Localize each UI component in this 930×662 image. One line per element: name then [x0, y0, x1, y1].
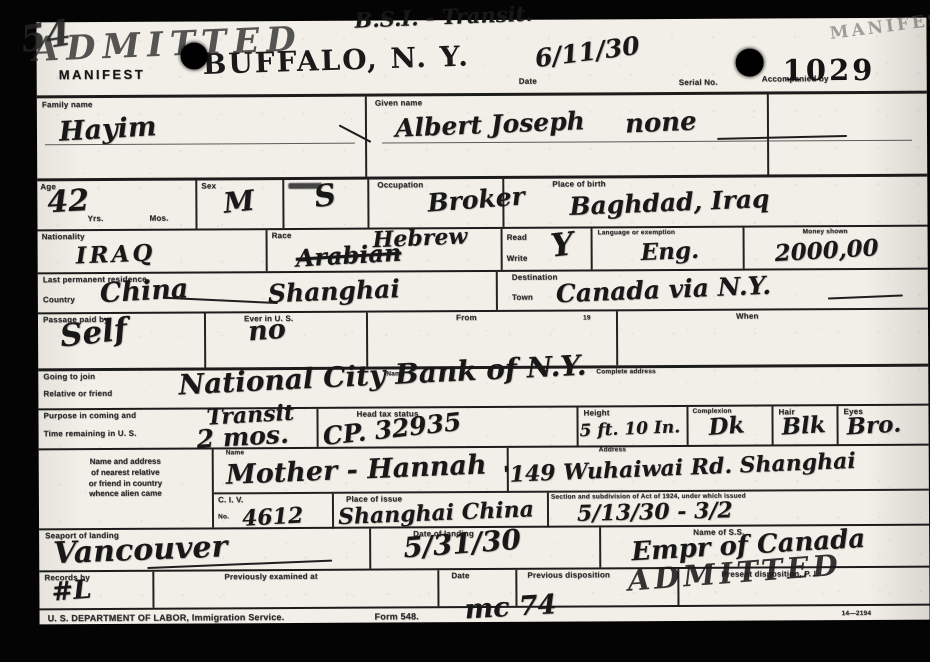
purpose-field: Purpose in coming and Time remaining in …	[38, 409, 318, 448]
punch-hole-left	[181, 42, 208, 69]
relative-label-line1: Name and address	[90, 458, 161, 467]
ink-flourish	[828, 294, 903, 299]
records-by-field: Records by #L	[39, 572, 154, 609]
complexion-field: Complexion Dk	[688, 406, 773, 444]
records-date-label: Date	[451, 572, 469, 580]
time-remaining-value: 2 mos.	[196, 422, 289, 452]
birth-label: Place of birth	[552, 180, 606, 188]
money-label: Money shown	[803, 229, 848, 236]
relative-name-value: Mother - Hannah	[225, 451, 487, 488]
row-purpose: Purpose in coming and Time remaining in …	[38, 404, 928, 449]
scanned-manifest-screenshot: { "stamps": { "admitted_top": "ADMITTED"…	[0, 0, 930, 662]
row-personal: Age Yrs. Mos. 42 Sex M S Occupation Brok…	[37, 174, 927, 230]
pencil-scribble: 54	[18, 14, 73, 58]
when-label: When	[736, 313, 759, 321]
hair-value: Blk	[781, 413, 826, 439]
seaport-value: Vancouver	[53, 532, 228, 569]
seaport-field: Seaport of landing Vancouver	[39, 529, 371, 571]
relative-address-value: '149 Wuhaiwai Rd. Shanghai	[502, 450, 856, 486]
money-value: 2000,00	[774, 236, 879, 265]
civ-no-label: No.	[218, 514, 229, 521]
relative-name-field: Name Mother - Hannah	[214, 448, 509, 495]
age-value: 42	[47, 186, 90, 218]
relative-label-line2: of nearest relative	[91, 468, 160, 477]
age-field: Age Yrs. Mos. 42	[37, 180, 197, 229]
family-name-value: Hayim	[58, 113, 157, 146]
section-of-act-value: 5/13/30 - 3/2	[577, 499, 733, 525]
mos-label: Mos.	[149, 215, 168, 223]
read-write-value: Y	[549, 227, 575, 261]
manifest-card: ADMITTED 54 MANIFEST BUFFALO, N. Y. B.S.…	[36, 18, 929, 625]
occupation-label: Occupation	[377, 181, 423, 189]
passage-paid-field: Passage paid by Self	[38, 313, 206, 368]
purpose-label: Purpose in coming and	[43, 412, 136, 420]
records-by-value: #L	[50, 577, 92, 606]
relative-label-block: Name and address of nearest relative or …	[39, 449, 214, 528]
complexion-value: Dk	[708, 413, 746, 439]
race-label: Race	[272, 232, 292, 240]
language-value: Eng.	[640, 239, 699, 264]
country-value: China	[99, 275, 189, 307]
destination-value: Canada via N.Y.	[555, 273, 771, 307]
row-residence: Last permanent residence Country China S…	[38, 268, 928, 313]
row-relative: Name and address of nearest relative or …	[39, 444, 929, 529]
punch-hole-right	[736, 49, 764, 77]
birth-value: Baghdad, Iraq	[569, 186, 770, 219]
accompanied-field	[769, 94, 927, 175]
previously-examined-label: Previously examined at	[224, 573, 317, 581]
birth-field: Place of birth Baghdad, Iraq	[504, 177, 927, 227]
relative-label-line4: whence alien came	[89, 490, 162, 499]
row-names: Family name Hayim Given name Albert Jose…	[37, 91, 927, 179]
nationality-label: Nationality	[42, 233, 85, 241]
manifest-title: MANIFEST	[59, 68, 146, 81]
relative-address-label: Address	[599, 447, 626, 454]
section-of-act-field: Section and subdivision of Act of 1924, …	[549, 491, 929, 528]
sex-field: Sex M	[197, 180, 284, 228]
language-field: Language or exemption Eng.	[593, 228, 745, 270]
join-address-label: Complete address	[596, 369, 656, 376]
destination-label: Destination	[512, 274, 558, 282]
ever-in-us-field: Ever in U. S. no	[206, 313, 368, 368]
accompanied-value: none	[624, 109, 697, 138]
from-label: From	[456, 314, 477, 322]
relative-label-lines: Name and address of nearest relative or …	[39, 449, 212, 499]
date-label: Date	[519, 78, 537, 86]
family-name-label: Family name	[42, 101, 93, 109]
relative-label-line3: or friend in country	[89, 479, 162, 488]
department-line: U. S. DEPARTMENT OF LABOR, Immigration S…	[48, 613, 285, 623]
country-label: Country	[43, 296, 75, 304]
going-to-join-label: Going to join	[43, 373, 95, 381]
head-tax-value: CP. 32935	[322, 409, 463, 449]
given-name-value: Albert Joseph	[395, 108, 586, 141]
passage-paid-value: Self	[59, 314, 129, 352]
time-remaining-label: Time remaining in U. S.	[44, 430, 137, 438]
race-value: Hebrew	[372, 225, 468, 251]
date-of-landing-value: 5/31/30	[402, 526, 522, 563]
language-label: Language or exemption	[598, 230, 676, 237]
write-label: Write	[507, 255, 528, 263]
height-label: Height	[583, 409, 609, 417]
serial-no-label: Serial No.	[679, 79, 718, 87]
eyes-field: Eyes Bro.	[838, 406, 928, 444]
row-nationality: Nationality IRAQ Race Arabian Hebrew Rea…	[38, 225, 928, 273]
admitted-stamp-top: ADMITTED	[32, 22, 303, 67]
residence-town-value: Shanghai	[267, 276, 400, 306]
bsi-transit-note: B.S.I. - Transit.	[354, 3, 533, 31]
year-19-label: 19	[583, 315, 591, 322]
when-field: When	[618, 310, 928, 366]
given-name-label: Given name	[375, 99, 422, 107]
last-residence-field: Last permanent residence Country China S…	[38, 272, 498, 312]
manifest-faint-stamp: MANIFEST	[829, 10, 930, 43]
money-field: Money shown 2000,00	[745, 227, 928, 269]
eyes-value: Bro.	[846, 412, 902, 438]
date-of-landing-field: Date of landing 5/31/30	[371, 527, 601, 568]
destination-field: Destination Town Canada via N.Y.	[498, 270, 928, 310]
ever-in-us-value: no	[247, 316, 287, 346]
sex-value: M	[222, 187, 256, 218]
occupation-field: Occupation Broker	[369, 179, 504, 228]
read-label: Read	[507, 234, 527, 242]
destination-town-label: Town	[512, 294, 533, 302]
civ-field: C. I. V. No. 4612	[214, 494, 334, 530]
occupation-value: Broker	[427, 183, 526, 215]
date-value: 6/11/30	[533, 33, 641, 71]
serial-number-stamp: 1029	[783, 56, 876, 85]
nationality-field: Nationality IRAQ	[38, 230, 268, 272]
row-joining: Going to join Relative or friend Name Co…	[38, 364, 928, 409]
marital-field: S	[284, 180, 369, 228]
previous-disposition-label: Previous disposition	[527, 571, 610, 579]
print-code: 14—2194	[842, 611, 872, 618]
previously-examined-field: Previously examined at	[154, 570, 439, 607]
civ-label: C. I. V.	[218, 496, 243, 504]
sex-label: Sex	[201, 182, 216, 190]
head-tax-field: Head tax status CP. 32935	[318, 408, 578, 447]
family-name-field: Family name Hayim	[37, 97, 367, 179]
race-field: Race Arabian Hebrew	[268, 229, 503, 271]
hair-field: Hair Blk	[773, 406, 838, 444]
relative-or-friend-label: Relative or friend	[43, 390, 112, 398]
given-name-field: Given name Albert Joseph	[367, 95, 769, 177]
relative-address-field: Address '149 Wuhaiwai Rd. Shanghai	[509, 446, 929, 493]
height-value: 5 ft. 10 In.	[579, 419, 680, 440]
nationality-value: IRAQ	[75, 241, 156, 267]
read-write-field: Read Write Y	[503, 228, 593, 269]
height-field: Height 5 ft. 10 In.	[578, 407, 688, 446]
form-number: Form 548.	[375, 612, 419, 621]
footer-handwritten-note: mc 74	[464, 591, 557, 623]
marital-value: S	[312, 180, 338, 213]
